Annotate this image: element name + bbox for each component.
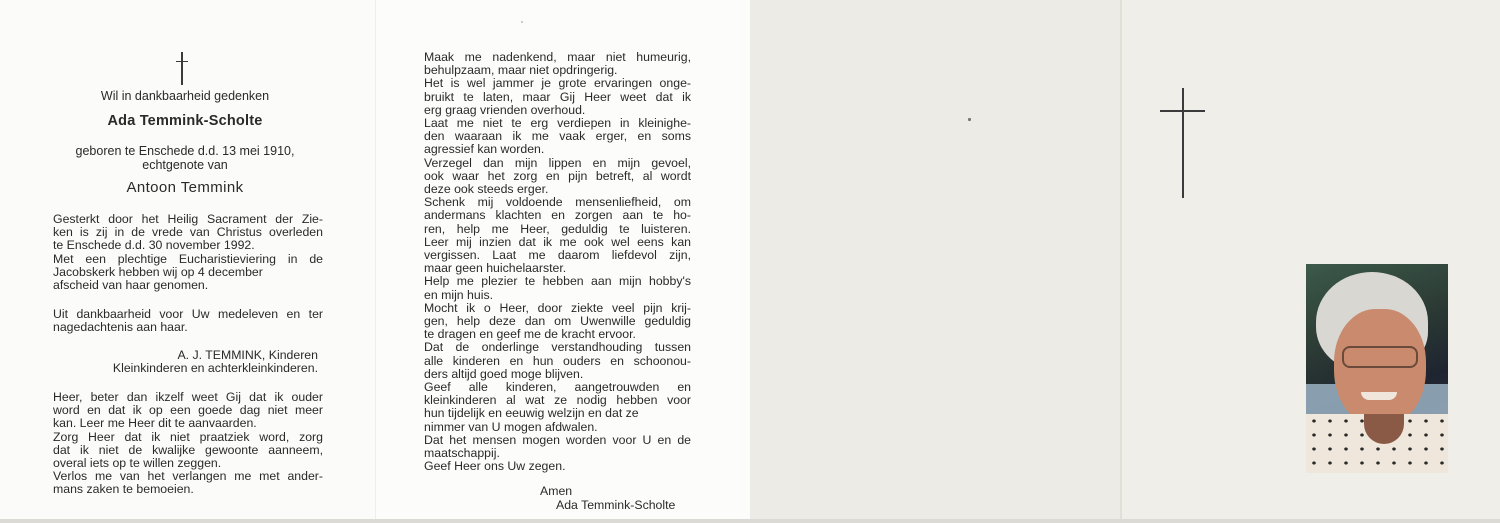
card-panel-front-left: Wil in dankbaarheid gedenken Ada Temmink… <box>0 0 375 523</box>
birth-line: echtgenote van <box>50 159 320 173</box>
text-line: Geef Heer ons Uw zegen. <box>424 460 691 473</box>
card-panel-back-left <box>750 0 1120 523</box>
spouse-name: Antoon Temmink <box>50 181 320 194</box>
text-line: Het is wel jammer je grote ervaringen on… <box>424 77 691 90</box>
paper-speck <box>521 21 523 23</box>
text-line: hun tijdelijk en eeuwig welzijn en dat z… <box>424 407 691 420</box>
text-line: bruikt te laten, maar Gij Heer weet dat … <box>424 91 691 104</box>
text-line: afscheid van haar genomen. <box>53 279 323 292</box>
prayer-part-1: Heer, beter dan ikzelf weet Gij dat ik o… <box>53 391 323 497</box>
text-line: te Enschede d.d. 30 november 1992. <box>53 239 323 252</box>
paper-speck <box>968 118 971 121</box>
signature: Ada Temmink-Scholte <box>556 499 675 512</box>
text-line: Dat de onderlinge verstandhouding tussen <box>424 341 691 354</box>
portrait-photo <box>1306 264 1448 473</box>
signers: A. J. TEMMINK, KinderenKleinkinderen en … <box>53 349 318 375</box>
death-paragraph: Gesterkt door het Heilig Sacrament der Z… <box>53 213 323 292</box>
text-line: Verzegel dan mijn lippen en mijn gevoel, <box>424 157 691 170</box>
text-line: kan. Leer me Heer dit te aanvaarden. <box>53 417 323 430</box>
text-line: mans zaken te bemoeien. <box>53 483 323 496</box>
text-line: nagedachtenis aan haar. <box>53 321 323 334</box>
photo-smile <box>1361 392 1397 400</box>
glasses-icon <box>1342 346 1418 368</box>
prayer-part-2: Maak me nadenkend, maar niet humeurig,be… <box>424 51 691 474</box>
text-line: Kleinkinderen en achterkleinkinderen. <box>53 362 318 375</box>
text-line: nimmer van U mogen afdwalen. <box>424 421 691 434</box>
text-line: Zorg Heer dat ik niet praatziek word, zo… <box>53 431 323 444</box>
birth-info: geboren te Enschede d.d. 13 mei 1910, ec… <box>50 145 320 172</box>
text-line: en mijn huis. <box>424 289 691 302</box>
text-line: andermans klachten en zorgen aan te ho- <box>424 209 691 222</box>
birth-line: geboren te Enschede d.d. 13 mei 1910, <box>50 145 320 159</box>
intro-text: Wil in dankbaarheid gedenken <box>50 90 320 103</box>
photo-face <box>1334 309 1426 427</box>
text-line: Help me plezier te hebben aan mijn hobby… <box>424 275 691 288</box>
cross-icon <box>1182 88 1184 198</box>
text-line: agressief kan worden. <box>424 143 691 156</box>
cross-icon <box>181 52 183 85</box>
text-line: alle kinderen en hun ouders en schoonou- <box>424 355 691 368</box>
thanks-paragraph: Uit dankbaarheid voor Uw medeleven en te… <box>53 308 323 334</box>
scan-edge <box>0 519 1500 523</box>
amen-text: Amen <box>540 485 572 498</box>
text-line: ren, help me Heer, geduldig te luisteren… <box>424 223 691 236</box>
text-line: Met een plechtige Eucharistieviering in … <box>53 253 323 266</box>
deceased-name: Ada Temmink-Scholte <box>50 115 320 128</box>
